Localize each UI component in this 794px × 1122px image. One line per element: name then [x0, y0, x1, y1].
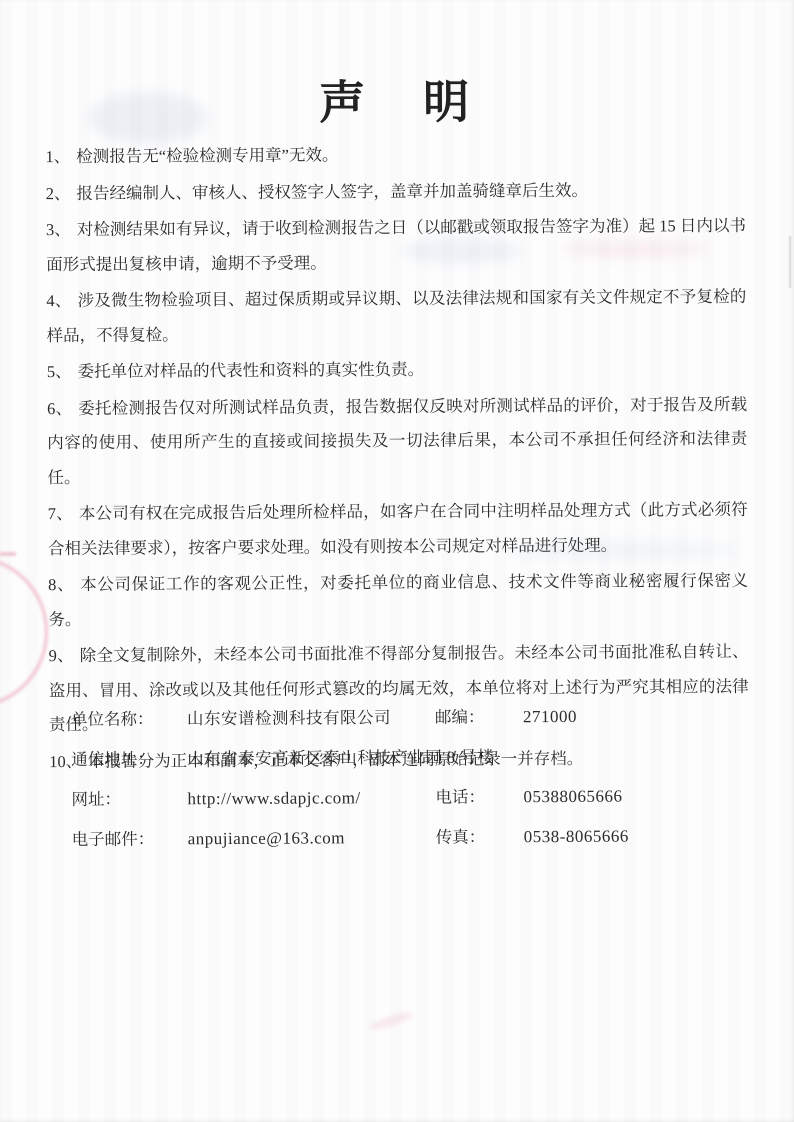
address-value: 山东省泰安高新区泰山科技产业园 8 号楼: [187, 742, 751, 769]
fax-label: 传真：: [436, 823, 524, 848]
company-name-label: 单位名称：: [71, 705, 187, 730]
item-number: 1、: [45, 147, 70, 166]
company-name-value: 山东安谱检测科技有限公司: [187, 704, 435, 730]
statement-item-8: 8、本公司保证工作的客观公正性，对委托单位的商业信息、技术文件等商业秘密履行保密…: [48, 564, 748, 637]
email-value: anpujiance@163.com: [188, 828, 436, 850]
contact-info-block: 单位名称： 山东安谱检测科技有限公司 邮编： 271000 通信地址： 山东省泰…: [71, 702, 752, 866]
postcode-value: 271000: [523, 706, 751, 727]
statement-item-3: 3、对检测结果如有异议，请于收到检测报告之日（以邮戳或领取报告签字为准）起 15…: [46, 209, 746, 282]
item-number: 6、: [47, 398, 72, 417]
postcode-label: 邮编：: [435, 703, 523, 728]
item-number: 3、: [46, 220, 71, 239]
item-number: 9、: [49, 646, 74, 665]
contact-row-email: 电子邮件： anpujiance@163.com 传真： 0538-806566…: [72, 822, 752, 866]
item-text: 对检测结果如有异议，请于收到检测报告之日（以邮戳或领取报告签字为准）起 15 日…: [46, 216, 746, 274]
item-number: 4、: [46, 291, 71, 310]
statement-list: 1、检测报告无“检验检测专用章”无效。 2、报告经编制人、审核人、授权签字人签字…: [45, 136, 749, 781]
statement-item-6: 6、委托检测报告仅对所测试样品负责，报告数据仅反映对所测试样品的评价，对于报告及…: [47, 387, 748, 495]
item-text: 本公司保证工作的客观公正性，对委托单位的商业信息、技术文件等商业秘密履行保密义务…: [48, 571, 748, 629]
fax-value: 0538-8065666: [524, 826, 752, 847]
statement-item-1: 1、检测报告无“检验检测专用章”无效。: [45, 136, 745, 175]
item-number: 2、: [46, 183, 71, 202]
item-text: 检测报告无“检验检测专用章”无效。: [76, 145, 338, 166]
item-number: 8、: [48, 575, 74, 594]
scanned-statement-page: 声明 1、检测报告无“检验检测专用章”无效。 2、报告经编制人、审核人、授权签字…: [0, 0, 794, 1122]
item-number: 5、: [47, 362, 72, 381]
statement-item-5: 5、委托单位对样品的代表性和资料的真实性负责。: [47, 351, 747, 390]
website-label: 网址：: [71, 785, 187, 810]
document-content: 声明 1、检测报告无“检验检测专用章”无效。 2、报告经编制人、审核人、授权签字…: [0, 0, 794, 1122]
item-text: 报告经编制人、审核人、授权签字人签字，盖章并加盖骑缝章后生效。: [76, 180, 588, 202]
website-value: http://www.sdapjc.com/: [187, 788, 435, 810]
address-label: 通信地址：: [71, 745, 187, 770]
contact-row-website: 网址： http://www.sdapjc.com/ 电话： 053880656…: [71, 782, 751, 826]
item-text: 涉及微生物检验项目、超过保质期或异议期、以及法律法规和国家有关文件规定不予复检的…: [47, 287, 747, 345]
item-text: 委托检测报告仅对所测试样品负责，报告数据仅反映对所测试样品的评价，对于报告及所载…: [47, 394, 747, 486]
statement-item-2: 2、报告经编制人、审核人、授权签字人签字，盖章并加盖骑缝章后生效。: [46, 172, 746, 211]
item-text: 本公司有权在完成报告后处理所检样品，如客户在合同中注明样品处理方式（此方式必须符…: [48, 500, 748, 558]
statement-item-4: 4、涉及微生物检验项目、超过保质期或异议期、以及法律法规和国家有关文件规定不予复…: [46, 280, 746, 353]
email-label: 电子邮件：: [72, 825, 188, 850]
contact-row-address: 通信地址： 山东省泰安高新区泰山科技产业园 8 号楼: [71, 742, 751, 786]
phone-label: 电话：: [435, 783, 523, 808]
page-title: 声明: [0, 64, 791, 135]
statement-item-7: 7、本公司有权在完成报告后处理所检样品，如客户在合同中注明样品处理方式（此方式必…: [48, 493, 748, 566]
item-number: 7、: [48, 504, 73, 523]
contact-row-company: 单位名称： 山东安谱检测科技有限公司 邮编： 271000: [71, 702, 751, 746]
phone-value: 05388065666: [523, 786, 751, 807]
item-text: 委托单位对样品的代表性和资料的真实性负责。: [78, 360, 425, 381]
